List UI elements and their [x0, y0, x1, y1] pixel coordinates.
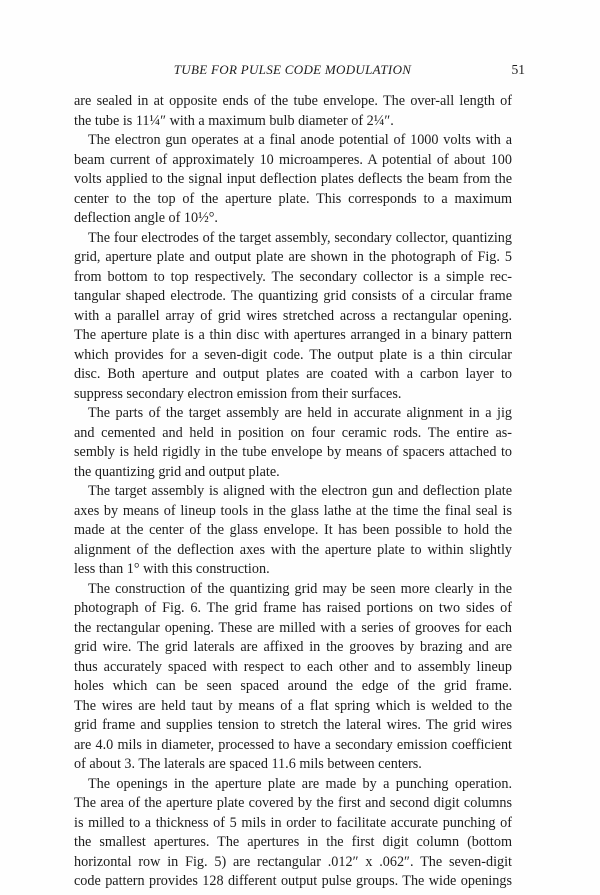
- text-line: suppress secondary electron emission fro…: [74, 385, 512, 405]
- text-line: The four electrodes of the target assemb…: [74, 229, 512, 249]
- text-line: the quantizing grid and output plate.: [74, 463, 512, 483]
- text-line: photograph of Fig. 6. The grid frame has…: [74, 599, 512, 619]
- text-line: is milled to a thickness of 5 mils in or…: [74, 814, 512, 834]
- text-line: sembly is held rigidly in the tube envel…: [74, 443, 512, 463]
- text-line: disc. Both aperture and output plates ar…: [74, 365, 512, 385]
- text-line: grid wire. The grid laterals are affixed…: [74, 638, 512, 658]
- text-line: The area of the aperture plate covered b…: [74, 794, 512, 814]
- page-number: 51: [512, 62, 526, 78]
- text-line: beam current of approximately 10 microam…: [74, 151, 512, 171]
- paragraph-5: The target assembly is aligned with the …: [74, 482, 512, 580]
- text-line: The wires are held taut by means of a fl…: [74, 697, 512, 717]
- text-line: center to the top of the aperture plate.…: [74, 190, 512, 210]
- text-line: holes which can be seen spaced around th…: [74, 677, 512, 697]
- text-line: The electron gun operates at a final ano…: [74, 131, 512, 151]
- text-line: are 4.0 mils in diameter, processed to h…: [74, 736, 512, 756]
- text-line: The aperture plate is a thin disc with a…: [74, 326, 512, 346]
- text-line: code pattern provides 128 different outp…: [74, 872, 512, 892]
- body-text: are sealed in at opposite ends of the tu…: [74, 92, 512, 892]
- paragraph-2: The electron gun operates at a final ano…: [74, 131, 512, 229]
- text-line: with a parallel array of grid wires stre…: [74, 307, 512, 327]
- paragraph-3: The four electrodes of the target assemb…: [74, 229, 512, 405]
- text-line: of about 3. The laterals are spaced 11.6…: [74, 755, 512, 775]
- text-line: less than 1° with this construction.: [74, 560, 512, 580]
- paragraph-7: The openings in the aperture plate are m…: [74, 775, 512, 892]
- text-line: The construction of the quantizing grid …: [74, 580, 512, 600]
- text-line: grid frame and supplies tension to stret…: [74, 716, 512, 736]
- text-line: The target assembly is aligned with the …: [74, 482, 512, 502]
- text-line: and cemented and held in position on fou…: [74, 424, 512, 444]
- text-line: the rectangular opening. These are mille…: [74, 619, 512, 639]
- text-line: from bottom to top respectively. The sec…: [74, 268, 512, 288]
- text-line: axes by means of lineup tools in the gla…: [74, 502, 512, 522]
- text-line: The openings in the aperture plate are m…: [74, 775, 512, 795]
- text-line: The parts of the target assembly are hel…: [74, 404, 512, 424]
- paragraph-6: The construction of the quantizing grid …: [74, 580, 512, 775]
- text-line: the smallest apertures. The apertures in…: [74, 833, 512, 853]
- text-line: tangular shaped electrode. The quantizin…: [74, 287, 512, 307]
- text-line: deflection angle of 10½°.: [74, 209, 512, 229]
- text-line: made at the center of the glass envelope…: [74, 521, 512, 541]
- text-line: horizontal row in Fig. 5) are rectangula…: [74, 853, 512, 873]
- text-line: which provides for a seven-digit code. T…: [74, 346, 512, 366]
- paragraph-4: The parts of the target assembly are hel…: [74, 404, 512, 482]
- text-line: grid, aperture plate and output plate ar…: [74, 248, 512, 268]
- text-line: are sealed in at opposite ends of the tu…: [74, 92, 512, 112]
- running-title: TUBE FOR PULSE CODE MODULATION: [74, 62, 511, 78]
- text-line: volts applied to the signal input deflec…: [74, 170, 512, 190]
- text-line: thus accurately spaced with respect to e…: [74, 658, 512, 678]
- running-header: TUBE FOR PULSE CODE MODULATION 51: [74, 62, 511, 80]
- text-line: the tube is 11¼″ with a maximum bulb dia…: [74, 112, 512, 132]
- text-line: alignment of the deflection axes with th…: [74, 541, 512, 561]
- paragraph-1: are sealed in at opposite ends of the tu…: [74, 92, 512, 131]
